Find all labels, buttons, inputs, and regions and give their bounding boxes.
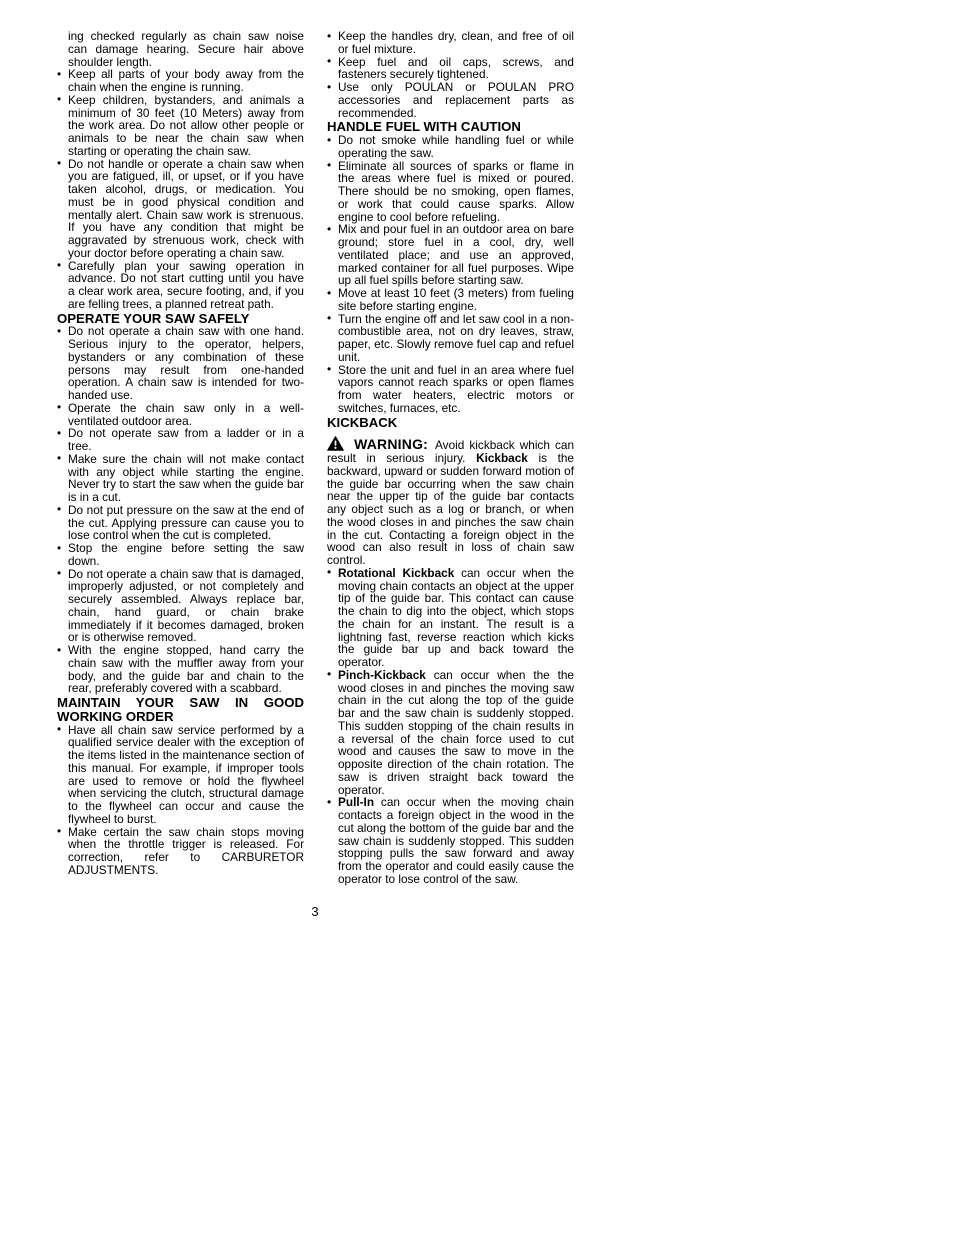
list-item: •With the engine stopped, hand carry the… <box>57 644 304 695</box>
page-number: 3 <box>303 906 327 919</box>
list-item: •Do not handle or operate a chain saw wh… <box>57 158 304 260</box>
list-item-text: Do not put pressure on the saw at the en… <box>68 503 304 543</box>
bullet-icon: • <box>327 796 331 809</box>
warning-paragraph: WARNING:Avoid kickback which can result … <box>327 436 574 567</box>
list-item-text: Pinch-Kickback can occur when the the wo… <box>338 668 574 797</box>
bullet-icon: • <box>57 567 61 580</box>
bullet-icon: • <box>57 157 61 170</box>
list-item-text: Do not operate a chain saw that is damag… <box>68 567 304 645</box>
warning-label: WARNING: <box>354 436 428 452</box>
list-item-text: Make sure the chain will not make contac… <box>68 452 304 504</box>
list-item-text: Store the unit and fuel in an area where… <box>338 363 574 415</box>
list-item-text: Make certain the saw chain stops moving … <box>68 825 304 877</box>
section-heading: MAINTAIN YOUR SAW IN GOOD WORKING ORDER <box>57 696 304 724</box>
bullet-icon: • <box>327 134 331 147</box>
list-item-text: Stop the engine before setting the saw d… <box>68 541 304 568</box>
list-item: •Use only POULAN or POULAN PRO accessori… <box>327 81 574 119</box>
list-item-text: Pull-In can occur when the moving chain … <box>338 795 574 886</box>
section-heading: KICKBACK <box>327 416 574 430</box>
list-item-text: With the engine stopped, hand carry the … <box>68 643 304 695</box>
list-item: •Keep fuel and oil caps, screws, and fas… <box>327 56 574 82</box>
list-item-text: Turn the engine off and let saw cool in … <box>338 312 574 364</box>
list-item: •Keep all parts of your body away from t… <box>57 68 304 94</box>
list-item: •Pull-In can occur when the moving chain… <box>327 796 574 885</box>
list-item-text: Have all chain saw service performed by … <box>68 723 304 826</box>
bullet-icon: • <box>57 825 61 838</box>
bullet-icon: • <box>57 325 61 338</box>
list-item: •Move at least 10 feet (3 meters) from f… <box>327 287 574 313</box>
list-item-text: Operate the chain saw only in a well-ven… <box>68 401 304 428</box>
list-item: •Operate the chain saw only in a well-ve… <box>57 402 304 428</box>
body-text: can occur when the the wood closes in an… <box>338 668 574 797</box>
left-column: ing checked regularly as chain saw noise… <box>57 30 304 877</box>
list-item: •Stop the engine before setting the saw … <box>57 542 304 568</box>
bullet-icon: • <box>327 55 331 68</box>
list-item-text: Do not operate a chain saw with one hand… <box>68 324 304 402</box>
list-item: •Pinch-Kickback can occur when the the w… <box>327 669 574 797</box>
list-item: •Rotational Kickback can occur when the … <box>327 567 574 669</box>
bullet-icon: • <box>327 223 331 236</box>
list-item-text: Mix and pour fuel in an outdoor area on … <box>338 222 574 287</box>
bullet-icon: • <box>327 81 331 94</box>
list-item-text: Carefully plan your sawing operation in … <box>68 259 304 311</box>
list-item: •Carefully plan your sawing operation in… <box>57 260 304 311</box>
bullet-icon: • <box>57 503 61 516</box>
list-item: •Do not operate a chain saw that is dama… <box>57 568 304 645</box>
list-item-text: Do not smoke while handling fuel or whil… <box>338 133 574 160</box>
bullet-icon: • <box>57 259 61 272</box>
bullet-icon: • <box>57 93 61 106</box>
bullet-icon: • <box>327 312 331 325</box>
bullet-icon: • <box>327 30 331 43</box>
list-item-text: Eliminate all sources of sparks or flame… <box>338 159 574 224</box>
list-item-text: Keep all parts of your body away from th… <box>68 67 304 94</box>
list-item: •Do not operate saw from a ladder or in … <box>57 427 304 453</box>
bullet-icon: • <box>57 723 61 736</box>
list-item-text: Keep the handles dry, clean, and free of… <box>338 29 574 56</box>
list-item: •Store the unit and fuel in an area wher… <box>327 364 574 415</box>
list-item: •Do not smoke while handling fuel or whi… <box>327 134 574 160</box>
list-item-text: Use only POULAN or POULAN PRO accessorie… <box>338 80 574 120</box>
continuation-paragraph: ing checked regularly as chain saw noise… <box>57 30 304 68</box>
bullet-icon: • <box>57 427 61 440</box>
list-item-text: Rotational Kickback can occur when the m… <box>338 566 574 669</box>
right-column: •Keep the handles dry, clean, and free o… <box>327 30 574 886</box>
list-item-text: Keep fuel and oil caps, screws, and fast… <box>338 55 574 82</box>
bullet-icon: • <box>327 159 331 172</box>
bullet-icon: • <box>327 668 331 681</box>
list-item: •Turn the engine off and let saw cool in… <box>327 313 574 364</box>
bullet-icon: • <box>57 452 61 465</box>
bullet-icon: • <box>327 363 331 376</box>
list-item: •Keep the handles dry, clean, and free o… <box>327 30 574 56</box>
section-heading: OPERATE YOUR SAW SAFELY <box>57 312 304 326</box>
list-item: •Keep children, bystanders, and animals … <box>57 94 304 158</box>
list-item-text: Do not handle or operate a chain saw whe… <box>68 157 304 260</box>
manual-page: ing checked regularly as chain saw noise… <box>0 0 954 1235</box>
bullet-icon: • <box>57 68 61 81</box>
bullet-icon: • <box>327 287 331 300</box>
list-item: •Do not operate a chain saw with one han… <box>57 325 304 402</box>
list-item: •Have all chain saw service performed by… <box>57 724 304 826</box>
bullet-icon: • <box>327 566 331 579</box>
list-item: •Do not put pressure on the saw at the e… <box>57 504 304 542</box>
bullet-icon: • <box>57 542 61 555</box>
list-item: •Eliminate all sources of sparks or flam… <box>327 160 574 224</box>
list-item: •Make sure the chain will not make conta… <box>57 453 304 504</box>
list-item: •Mix and pour fuel in an outdoor area on… <box>327 223 574 287</box>
list-item-text: Keep children, bystanders, and animals a… <box>68 93 304 158</box>
list-item-text: Do not operate saw from a ladder or in a… <box>68 426 304 453</box>
bullet-icon: • <box>57 644 61 657</box>
body-text: can occur when the moving chain contacts… <box>338 566 574 669</box>
list-item-text: Move at least 10 feet (3 meters) from fu… <box>338 286 574 313</box>
body-text: can occur when the moving chain contacts… <box>338 795 574 886</box>
section-heading: HANDLE FUEL WITH CAUTION <box>327 120 574 134</box>
bullet-icon: • <box>57 401 61 414</box>
body-text: is the backward, upward or sudden forwar… <box>327 451 574 567</box>
list-item: •Make certain the saw chain stops moving… <box>57 826 304 877</box>
